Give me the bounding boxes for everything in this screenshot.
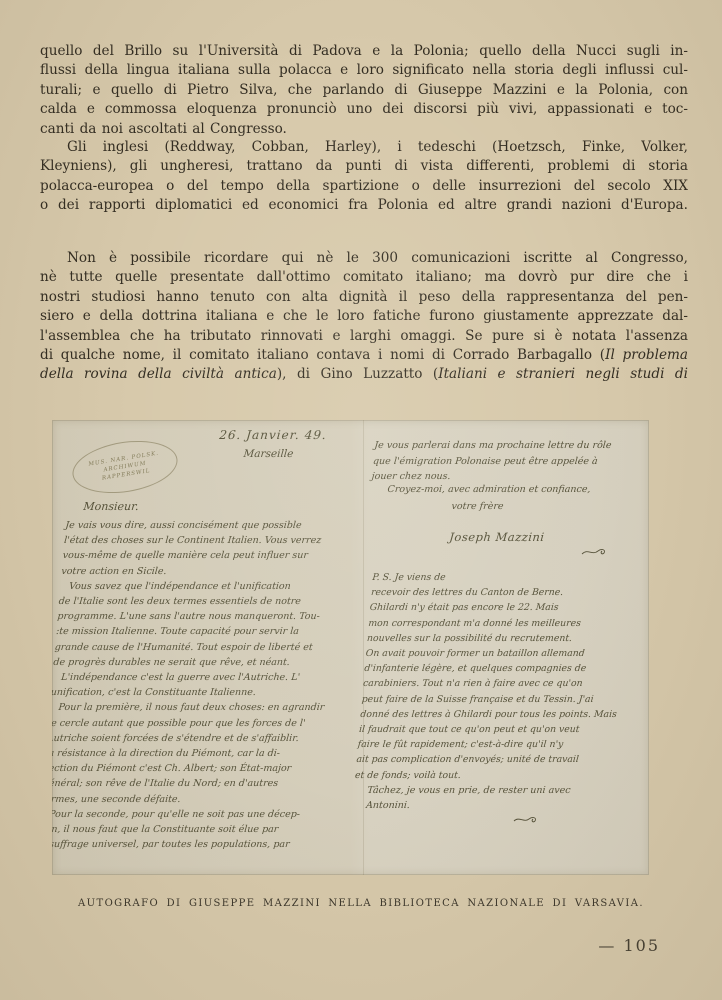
handwriting-line: nouvelles sur la possibilité du recrutem… xyxy=(366,631,635,646)
print-text-line: calda e commossa eloquenza pronunciò uno… xyxy=(40,100,688,119)
print-text-line: siero e della dottrina italiana e che le… xyxy=(40,307,688,326)
print-text-line: della rovina della civiltà antica), di G… xyxy=(40,365,688,384)
print-text-line: turali; e quello di Pietro Silva, che pa… xyxy=(40,81,688,100)
handwriting-line: tion, il nous faut que la Constituante s… xyxy=(52,822,335,837)
handwriting-line: Autriche soient forcées de s'étendre et … xyxy=(52,731,343,746)
handwriting-line: il faudrait que tout ce qu'on peut et qu… xyxy=(358,722,627,737)
mazzini-signature: Joseph Mazzini xyxy=(449,530,545,544)
handwriting-line: :te mission Italienne. Toute capacité po… xyxy=(55,624,352,639)
handwriting-line: Ghilardi n'y était pas encore le 22. Mai… xyxy=(369,600,638,615)
print-text-line: polacca-europea o del tempo della sparti… xyxy=(40,177,688,196)
handwriting-line: grande cause de l'Humanité. Tout espoir … xyxy=(54,640,351,655)
paragraph-comunicazioni: Non è possibile ricordare qui nè le 300 … xyxy=(40,249,688,385)
letter-date: 26. Janvier. 49. xyxy=(219,428,328,442)
handwriting-line: de l'Italie sont les deux termes essenti… xyxy=(58,594,355,609)
archive-stamp: MUS. NAR. POLSK. ARCHIWUM RAPPERSWIL xyxy=(69,434,182,500)
handwriting-line: votre action en Sicile. xyxy=(61,564,358,579)
paragraph-inglesi-tedeschi: Gli inglesi (Reddway, Cobban, Harley), i… xyxy=(40,138,688,216)
letter-salutation: Monsieur. xyxy=(83,500,139,513)
handwriting-line: mon correspondant m'a donné les meilleur… xyxy=(368,616,637,631)
book-page-scan: quello del Brillo su l'Università di Pad… xyxy=(0,0,722,1000)
text-segment: della rovina della civiltà antica xyxy=(40,366,277,382)
handwriting-line: L'indépendance c'est la guerre avec l'Au… xyxy=(52,670,349,685)
handwriting-line: termes, une seconde défaite. xyxy=(52,792,338,807)
handwriting-line: donné des lettres à Ghilardi pour tous l… xyxy=(360,707,629,722)
flourish-icon xyxy=(580,546,610,558)
handwriting-line: P. S. Je viens de xyxy=(372,570,641,585)
print-text-line: Gli inglesi (Reddway, Cobban, Harley), i… xyxy=(40,138,688,157)
handwriting-line: Je vais vous dire, aussi concisément que… xyxy=(65,518,362,533)
handwriting-line: carabiniers. Tout n'a rien à faire avec … xyxy=(362,676,631,691)
print-text-line: canti da noi ascoltati al Congresso. xyxy=(40,120,688,139)
handwriting-line: Je vous parlerai dans ma prochaine lettr… xyxy=(374,438,639,454)
print-text-line: o dei rapporti diplomatici ed economici … xyxy=(40,196,688,215)
handwriting-line: de progrès durables ne serait que rêve, … xyxy=(53,655,350,670)
letter-valediction: Croyez-moi, avec admiration et confiance… xyxy=(387,484,591,495)
print-text-line: Non è possibile ricordare qui nè le 300 … xyxy=(40,249,688,268)
handwriting-line: ait pas complication d'envoyés; unité de… xyxy=(356,752,625,767)
print-text-line: flussi della lingua italiana sulla polac… xyxy=(40,61,688,80)
letter-closing: Tâchez, je vous en prie, de rester uni a… xyxy=(365,783,632,813)
print-text-line: nè tutte quelle presentate dall'ottimo c… xyxy=(40,268,688,287)
letter-right-column-top: Je vous parlerai dans ma prochaine lettr… xyxy=(371,438,639,485)
handwriting-line: la résistance à la direction du Piémont,… xyxy=(52,746,342,761)
letter-place: Marseille xyxy=(243,448,294,460)
handwriting-line: Vous savez que l'indépendance et l'unifi… xyxy=(59,579,356,594)
handwriting-line: programme. L'une sans l'autre nous manqu… xyxy=(57,609,354,624)
paragraph-brillo-silva: quello del Brillo su l'Università di Pad… xyxy=(40,42,688,139)
print-text-line: Kleyniens), gli ungheresi, trattano da p… xyxy=(40,157,688,176)
handwriting-line: vous-même de quelle manière cela peut in… xyxy=(62,548,359,563)
handwriting-line: que l'émigration Polonaise peut être app… xyxy=(372,454,637,470)
handwriting-line: faire le fût rapidement; c'est-à-dire qu… xyxy=(357,737,626,752)
handwriting-line: On avait pouvoir former un bataillon all… xyxy=(365,646,634,661)
print-text-line: quello del Brillo su l'Università di Pad… xyxy=(40,42,688,61)
handwriting-line: recevoir des lettres du Canton de Berne. xyxy=(370,585,639,600)
print-text-line: di qualche nome, il comitato italiano co… xyxy=(40,346,688,365)
handwriting-line: général; son rêve de l'Italie du Nord; e… xyxy=(52,776,339,791)
print-text-line: l'assemblea che ha tributato rinnovati e… xyxy=(40,327,688,346)
figure-caption: AUTOGRAFO DI GIUSEPPE MAZZINI NELLA BIBL… xyxy=(0,898,722,909)
letter-left-column: Je vais vous dire, aussi concisément que… xyxy=(52,518,362,852)
text-segment: Italiani e stranieri negli studi di xyxy=(438,366,688,382)
sheet-fold-line xyxy=(363,420,364,875)
handwriting-line: jouer chez nous. xyxy=(371,469,636,485)
handwriting-line: et de fonds; voilà tout. xyxy=(354,768,623,783)
text-segment: di qualche nome, il comitato italiano co… xyxy=(40,347,605,363)
handwriting-line: d'infanterie légère, et quelques compagn… xyxy=(364,661,633,676)
flourish-icon xyxy=(512,814,540,826)
handwriting-line: le cercle autant que possible pour que l… xyxy=(52,716,345,731)
letter-signoff: votre frère xyxy=(451,501,504,512)
letter-postscript: P. S. Je viens derecevoir des lettres du… xyxy=(354,570,641,783)
handwriting-line: l'état des choses sur le Continent Itali… xyxy=(63,533,360,548)
handwriting-line: rection du Piémont c'est Ch. Albert; son… xyxy=(52,761,341,776)
handwriting-line: Tâchez, je vous en prie, de rester uni a… xyxy=(367,783,632,798)
print-text-line: nostri studiosi hanno tenuto con alta di… xyxy=(40,288,688,307)
page-number: — 105 xyxy=(598,936,660,955)
handwriting-line: Antonini. xyxy=(365,798,630,813)
text-segment: ), di Gino Luzzatto ( xyxy=(277,366,438,382)
handwriting-line: le suffrage universel, par toutes les po… xyxy=(52,837,334,852)
handwriting-line: Pour la seconde, pour qu'elle ne soit pa… xyxy=(52,807,337,822)
handwriting-line: unification, c'est la Constituante Itali… xyxy=(52,685,347,700)
handwriting-line: Pour la première, il nous faut deux chos… xyxy=(52,700,346,715)
handwriting-line: peut faire de la Suisse française et du … xyxy=(361,692,630,707)
manuscript-facsimile: MUS. NAR. POLSK. ARCHIWUM RAPPERSWIL 26.… xyxy=(52,420,649,875)
text-segment: Il problema xyxy=(605,347,688,363)
